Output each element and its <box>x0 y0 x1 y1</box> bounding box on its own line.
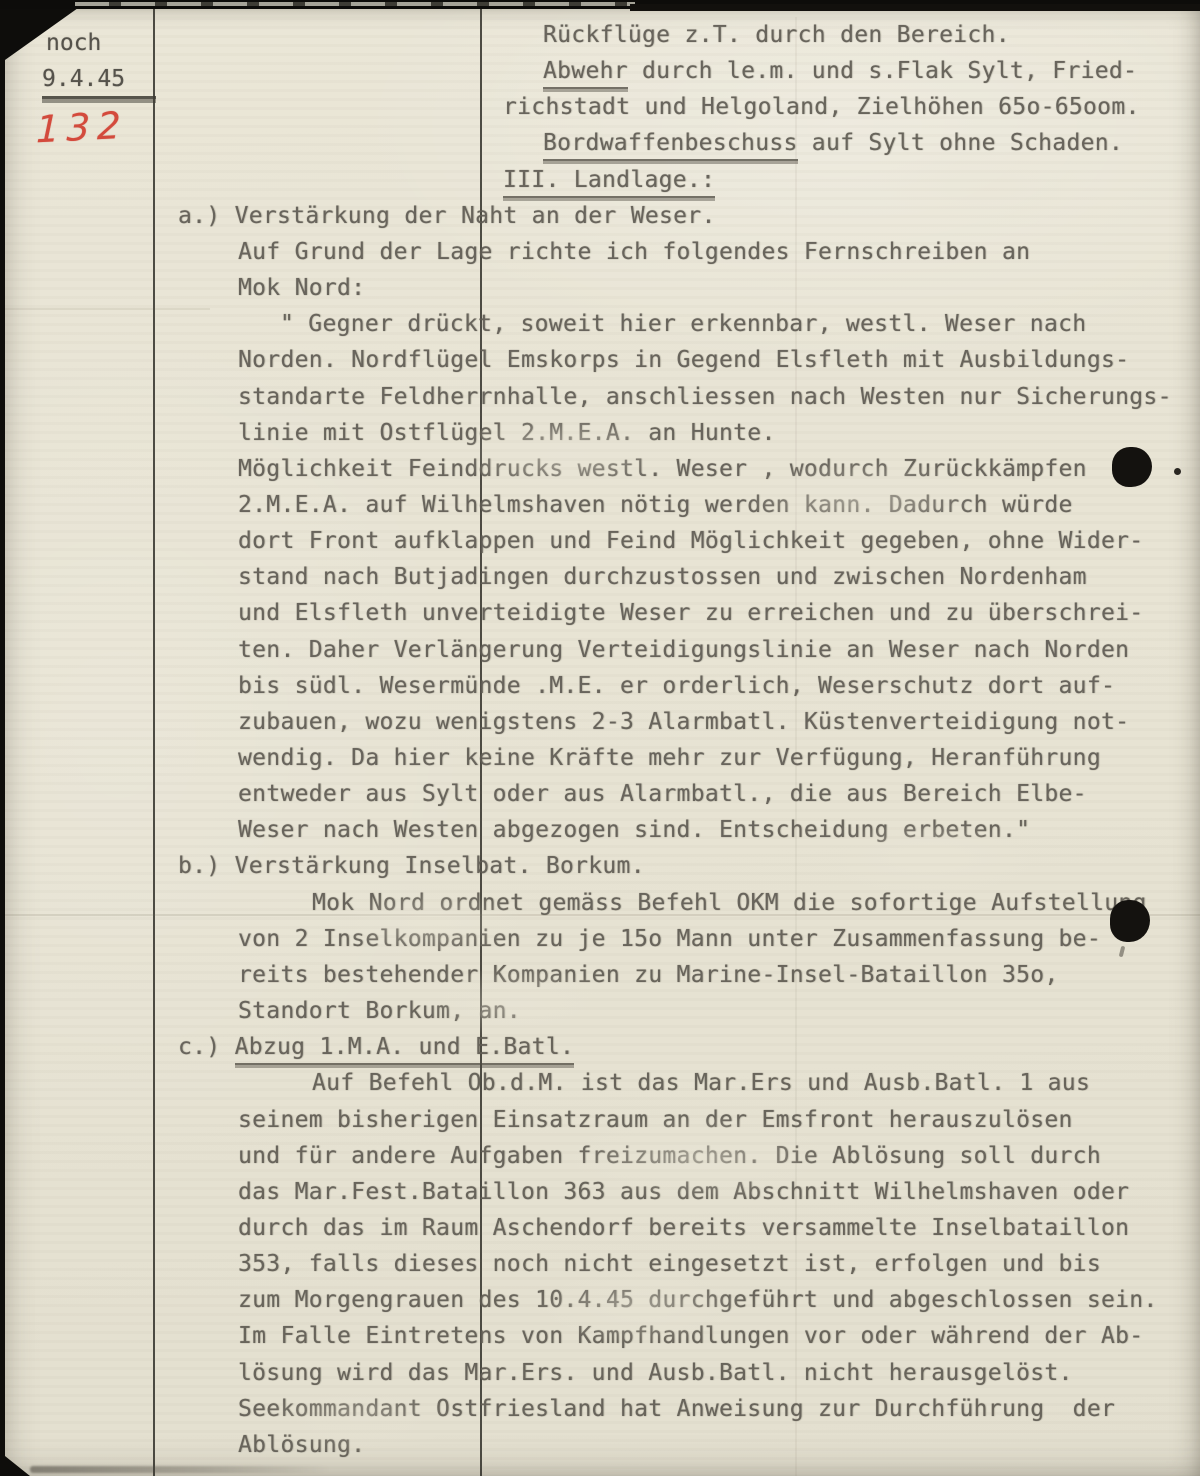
text-line: Im Falle Eintretens von Kampfhandlungen … <box>238 1321 1143 1351</box>
text-line: Mok Nord ordnet gemäss Befehl OKM die so… <box>312 888 1147 918</box>
text-line: wendig. Da hier keine Kräfte mehr zur Ve… <box>238 743 1101 773</box>
text-line: " Gegner drückt, soweit hier erkennbar, … <box>280 309 1086 339</box>
text-line: 353, falls dieses noch nicht eingesetzt … <box>238 1249 1101 1279</box>
ink-speck <box>1174 468 1181 475</box>
underlined-text: III. Landlage.: <box>503 165 715 198</box>
text-line: Ablösung. <box>238 1430 365 1460</box>
text-line: zubauen, wozu wenigstens 2-3 Alarmbatl. … <box>238 707 1129 737</box>
text-line: durch das im Raum Aschendorf bereits ver… <box>238 1213 1129 1243</box>
text-line: bis südl. Wesermünde .M.E. er orderlich,… <box>238 671 1115 701</box>
text-line: Mok Nord: <box>238 273 365 303</box>
text-line: Rückflüge z.T. durch den Bereich. <box>543 20 1010 50</box>
text-line: und für andere Aufgaben freizumachen. Di… <box>238 1141 1101 1171</box>
underlined-text: Abwehr <box>543 56 628 89</box>
text-line: III. Landlage.: <box>503 165 715 198</box>
text-line: seinem bisherigen Einsatzraum an der Ems… <box>238 1105 1073 1135</box>
text-line: und Elsfleth unverteidigte Weser zu erre… <box>238 598 1143 628</box>
text-line: c.) Abzug 1.M.A. und E.Batl. <box>178 1032 574 1065</box>
text-line: a.) Verstärkung der Naht an der Weser. <box>178 201 716 231</box>
text-line: standarte Feldherrnhalle, anschliessen n… <box>238 382 1172 412</box>
text-line: b.) Verstärkung Inselbat. Borkum. <box>178 851 645 881</box>
text-line: lösung wird das Mar.Ers. und Ausb.Batl. … <box>238 1358 1073 1388</box>
scan-top-edge-highlight <box>75 2 635 6</box>
text-line: Auf Befehl Ob.d.M. ist das Mar.Ers und A… <box>312 1068 1090 1098</box>
text-line-suffix: durch le.m. und s.Flak Sylt, Fried- <box>628 58 1137 84</box>
text-line: stand nach Butjadingen durchzustossen un… <box>238 562 1087 592</box>
bottom-edge-artifact <box>30 1466 330 1473</box>
text-line: Auf Grund der Lage richte ich folgendes … <box>238 237 1030 267</box>
text-line: reits bestehender Kompanien zu Marine-In… <box>238 960 1059 990</box>
text-line: Möglichkeit Feinddrucks westl. Weser , w… <box>238 454 1087 484</box>
text-line: Standort Borkum, an. <box>238 996 521 1026</box>
text-line: Weser nach Westen abgezogen sind. Entsch… <box>238 815 1030 845</box>
text-line-suffix: auf Sylt ohne Schaden. <box>798 130 1123 156</box>
scanned-document-screenshot: { "page": { "paper_color": "#e9e5d6", "i… <box>0 0 1200 1476</box>
text-line: Bordwaffenbeschuss auf Sylt ohne Schaden… <box>543 128 1123 161</box>
text-line: linie mit Ostflügel 2.M.E.A. an Hunte. <box>238 418 776 448</box>
text-line-prefix: c.) <box>178 1034 235 1060</box>
text-line: von 2 Inselkompanien zu je 15o Mann unte… <box>238 924 1101 954</box>
underlined-text: Bordwaffenbeschuss <box>543 128 798 161</box>
text-line: das Mar.Fest.Bataillon 363 aus dem Absch… <box>238 1177 1129 1207</box>
text-line: Seekommandant Ostfriesland hat Anweisung… <box>238 1394 1115 1424</box>
typewritten-text-block: Rückflüge z.T. durch den Bereich.Abwehr … <box>0 8 1200 1476</box>
text-line: Norden. Nordflügel Emskorps in Gegend El… <box>238 345 1129 375</box>
document-page: noch 9.4.45 132 Rückflüge z.T. durch den… <box>0 8 1200 1476</box>
underlined-text: Abzug 1.M.A. und E.Batl. <box>235 1032 575 1065</box>
scan-top-edge-heavy-line <box>630 4 1200 11</box>
text-line: zum Morgengrauen des 10.4.45 durchgeführ… <box>238 1285 1158 1315</box>
text-line: entweder aus Sylt oder aus Alarmbatl., d… <box>238 779 1087 809</box>
text-line: Abwehr durch le.m. und s.Flak Sylt, Frie… <box>543 56 1137 89</box>
text-line: richstadt und Helgoland, Zielhöhen 65o-6… <box>503 92 1140 122</box>
text-line: dort Front aufklappen und Feind Möglichk… <box>238 526 1143 556</box>
text-line: 2.M.E.A. auf Wilhelmshaven nötig werden … <box>238 490 1073 520</box>
text-line: ten. Daher Verlängerung Verteidigungslin… <box>238 635 1129 665</box>
